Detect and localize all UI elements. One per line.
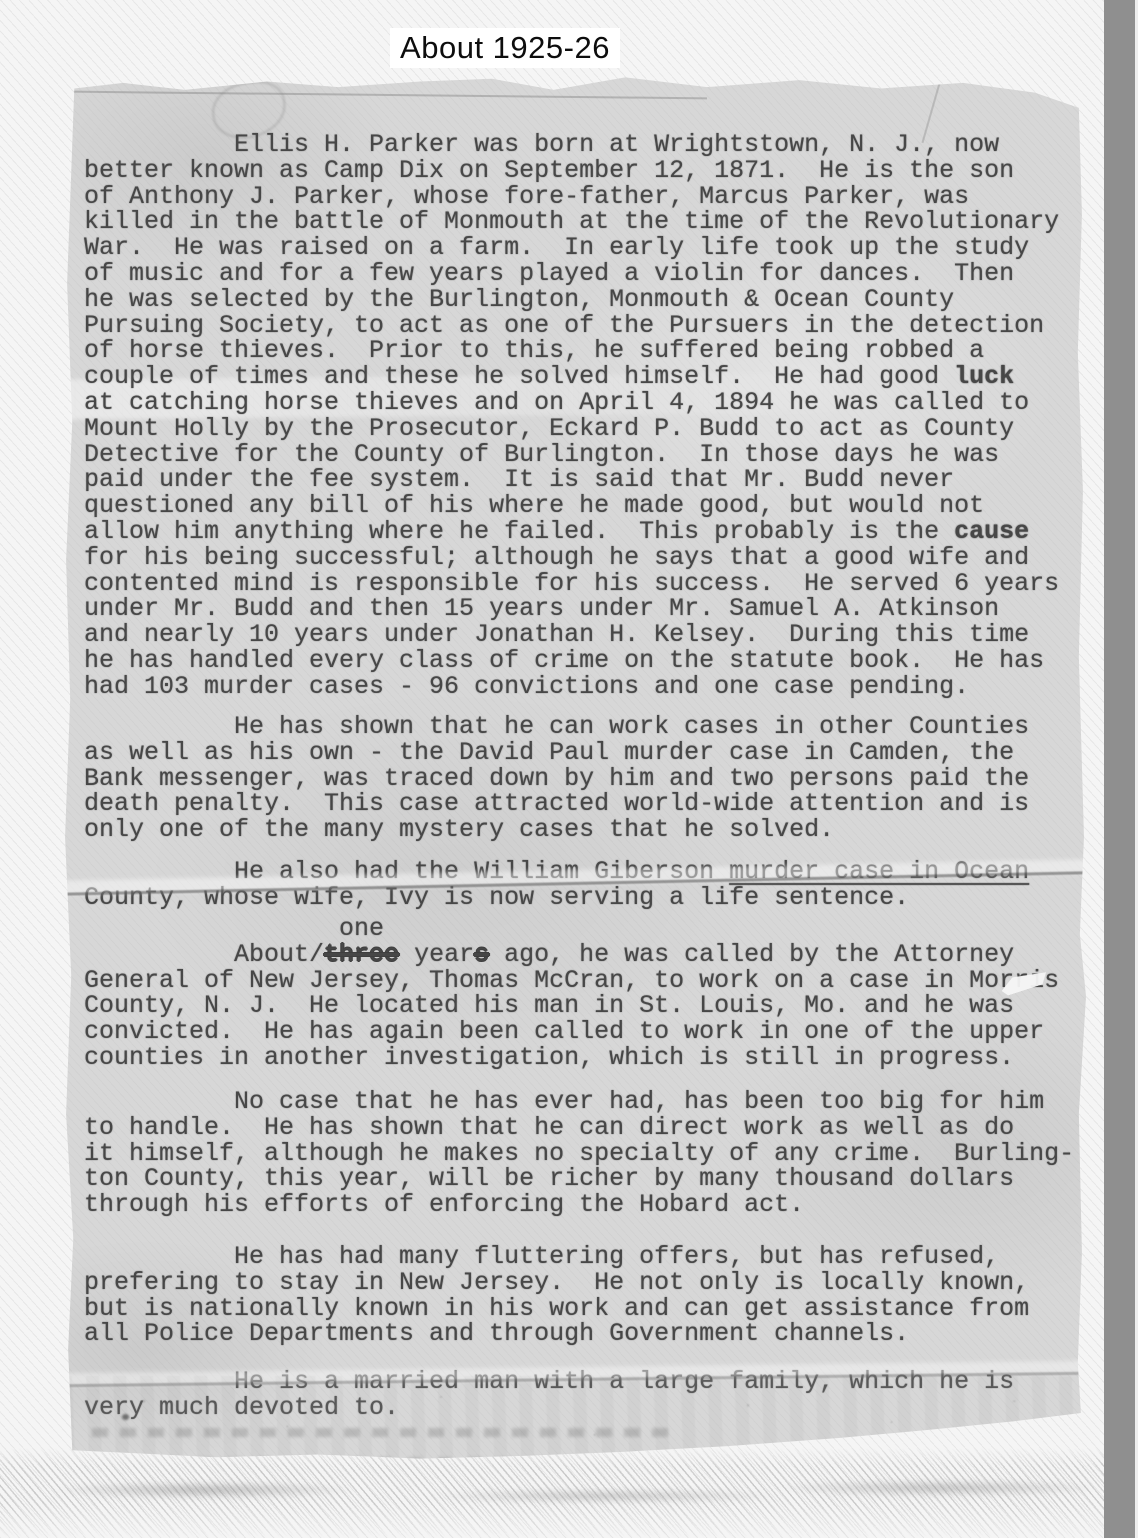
text-line: Detective for the County of Burlington. … [84, 442, 1059, 468]
text-line: County, whose wife, Ivy is now serving a… [84, 885, 1029, 911]
scanner-edge-strip [1104, 0, 1135, 1538]
text-segment-underline: murder case in Ocean [729, 857, 1029, 886]
paragraph-p5: No case that he has ever had, has been t… [84, 1089, 1074, 1218]
text-line: Pursuing Society, to act as one of the P… [84, 313, 1059, 339]
text-line: questioned any bill of his where he made… [84, 493, 1059, 519]
text-line: No case that he has ever had, has been t… [84, 1089, 1074, 1115]
text-line: he was selected by the Burlington, Monmo… [84, 287, 1059, 313]
text-line: allow him anything where he failed. This… [84, 519, 1059, 545]
text-line: of horse thieves. Prior to this, he suff… [84, 338, 1059, 364]
text-line: About/three years ago, he was called by … [84, 942, 1059, 968]
paragraph-p7: He is a married man with a large family,… [84, 1369, 1014, 1421]
text-line: through his efforts of enforcing the Hob… [84, 1192, 1074, 1218]
text-line: couple of times and these he solved hims… [84, 364, 1059, 390]
text-line: and nearly 10 years under Jonathan H. Ke… [84, 622, 1059, 648]
background-smudge [10, 1470, 1090, 1510]
text-segment-bold: luck [954, 362, 1014, 391]
text-segment: He also had the William Giberson [84, 857, 729, 886]
paragraph-p6: He has had many fluttering offers, but h… [84, 1244, 1029, 1347]
text-line: better known as Camp Dix on September 12… [84, 158, 1059, 184]
text-line: contented mind is responsible for his su… [84, 571, 1059, 597]
text-segment: year [399, 940, 474, 969]
text-line: of Anthony J. Parker, whose fore-father,… [84, 184, 1059, 210]
text-line: County, N. J. He located his man in St. … [84, 993, 1059, 1019]
text-line: death penalty. This case attracted world… [84, 791, 1029, 817]
text-segment-bold: cause [954, 517, 1029, 546]
text-line: killed in the battle of Monmouth at the … [84, 209, 1059, 235]
text-line: paid under the fee system. It is said th… [84, 467, 1059, 493]
text-line: very much devoted to. [84, 1395, 1014, 1421]
text-line: prefering to stay in New Jersey. He not … [84, 1270, 1029, 1296]
paragraph-p3: He also had the William Giberson murder … [84, 859, 1029, 911]
text-line: had 103 murder cases - 96 convictions an… [84, 674, 1059, 700]
text-line: to handle. He has shown that he can dire… [84, 1115, 1074, 1141]
text-line: General of New Jersey, Thomas McCran, to… [84, 968, 1059, 994]
text-segment: About/ [84, 940, 324, 969]
typewritten-text: Ellis H. Parker was born at Wrightstown,… [62, 76, 1086, 1460]
text-line: ton County, this year, will be richer by… [84, 1166, 1074, 1192]
text-segment-xout: three [324, 940, 399, 969]
text-line: as well as his own - the David Paul murd… [84, 740, 1029, 766]
text-line: all Police Departments and through Gover… [84, 1321, 1029, 1347]
text-line: but is nationally known in his work and … [84, 1296, 1029, 1322]
text-line: War. He was raised on a farm. In early l… [84, 235, 1059, 261]
text-line: at catching horse thieves and on April 4… [84, 390, 1059, 416]
text-line: one [84, 916, 1059, 942]
text-segment: allow him anything where he failed. This… [84, 517, 954, 546]
text-line: he has handled every class of crime on t… [84, 648, 1059, 674]
text-line: Bank messenger, was traced down by him a… [84, 766, 1029, 792]
annotation-title-wrap: About 1925-26 [0, 28, 1010, 68]
text-line: He also had the William Giberson murder … [84, 859, 1029, 885]
text-line: for his being successful; although he sa… [84, 545, 1059, 571]
document-paper: Ellis H. Parker was born at Wrightstown,… [62, 76, 1086, 1460]
paragraph-p1: Ellis H. Parker was born at Wrightstown,… [84, 132, 1059, 700]
text-line: He is a married man with a large family,… [84, 1369, 1014, 1395]
paragraph-p4: one About/three years ago, he was called… [84, 916, 1059, 1071]
text-line: convicted. He has again been called to w… [84, 1019, 1059, 1045]
text-segment: ago, he was called by the Attorney [489, 940, 1014, 969]
scanned-document-page: About 1925-26 Ellis H. Parker was born a… [0, 0, 1138, 1538]
paragraph-p2: He has shown that he can work cases in o… [84, 714, 1029, 843]
text-line: He has shown that he can work cases in o… [84, 714, 1029, 740]
text-line: under Mr. Budd and then 15 years under M… [84, 596, 1059, 622]
text-line: only one of the many mystery cases that … [84, 817, 1029, 843]
text-line: Mount Holly by the Prosecutor, Eckard P.… [84, 416, 1059, 442]
page-title: About 1925-26 [390, 28, 620, 68]
text-line: counties in another investigation, which… [84, 1045, 1059, 1071]
text-line: Ellis H. Parker was born at Wrightstown,… [84, 132, 1059, 158]
text-segment: couple of times and these he solved hims… [84, 362, 954, 391]
text-segment-xout: s [474, 940, 489, 969]
text-line: He has had many fluttering offers, but h… [84, 1244, 1029, 1270]
text-line: it himself, although he makes no special… [84, 1141, 1074, 1167]
text-line: of music and for a few years played a vi… [84, 261, 1059, 287]
